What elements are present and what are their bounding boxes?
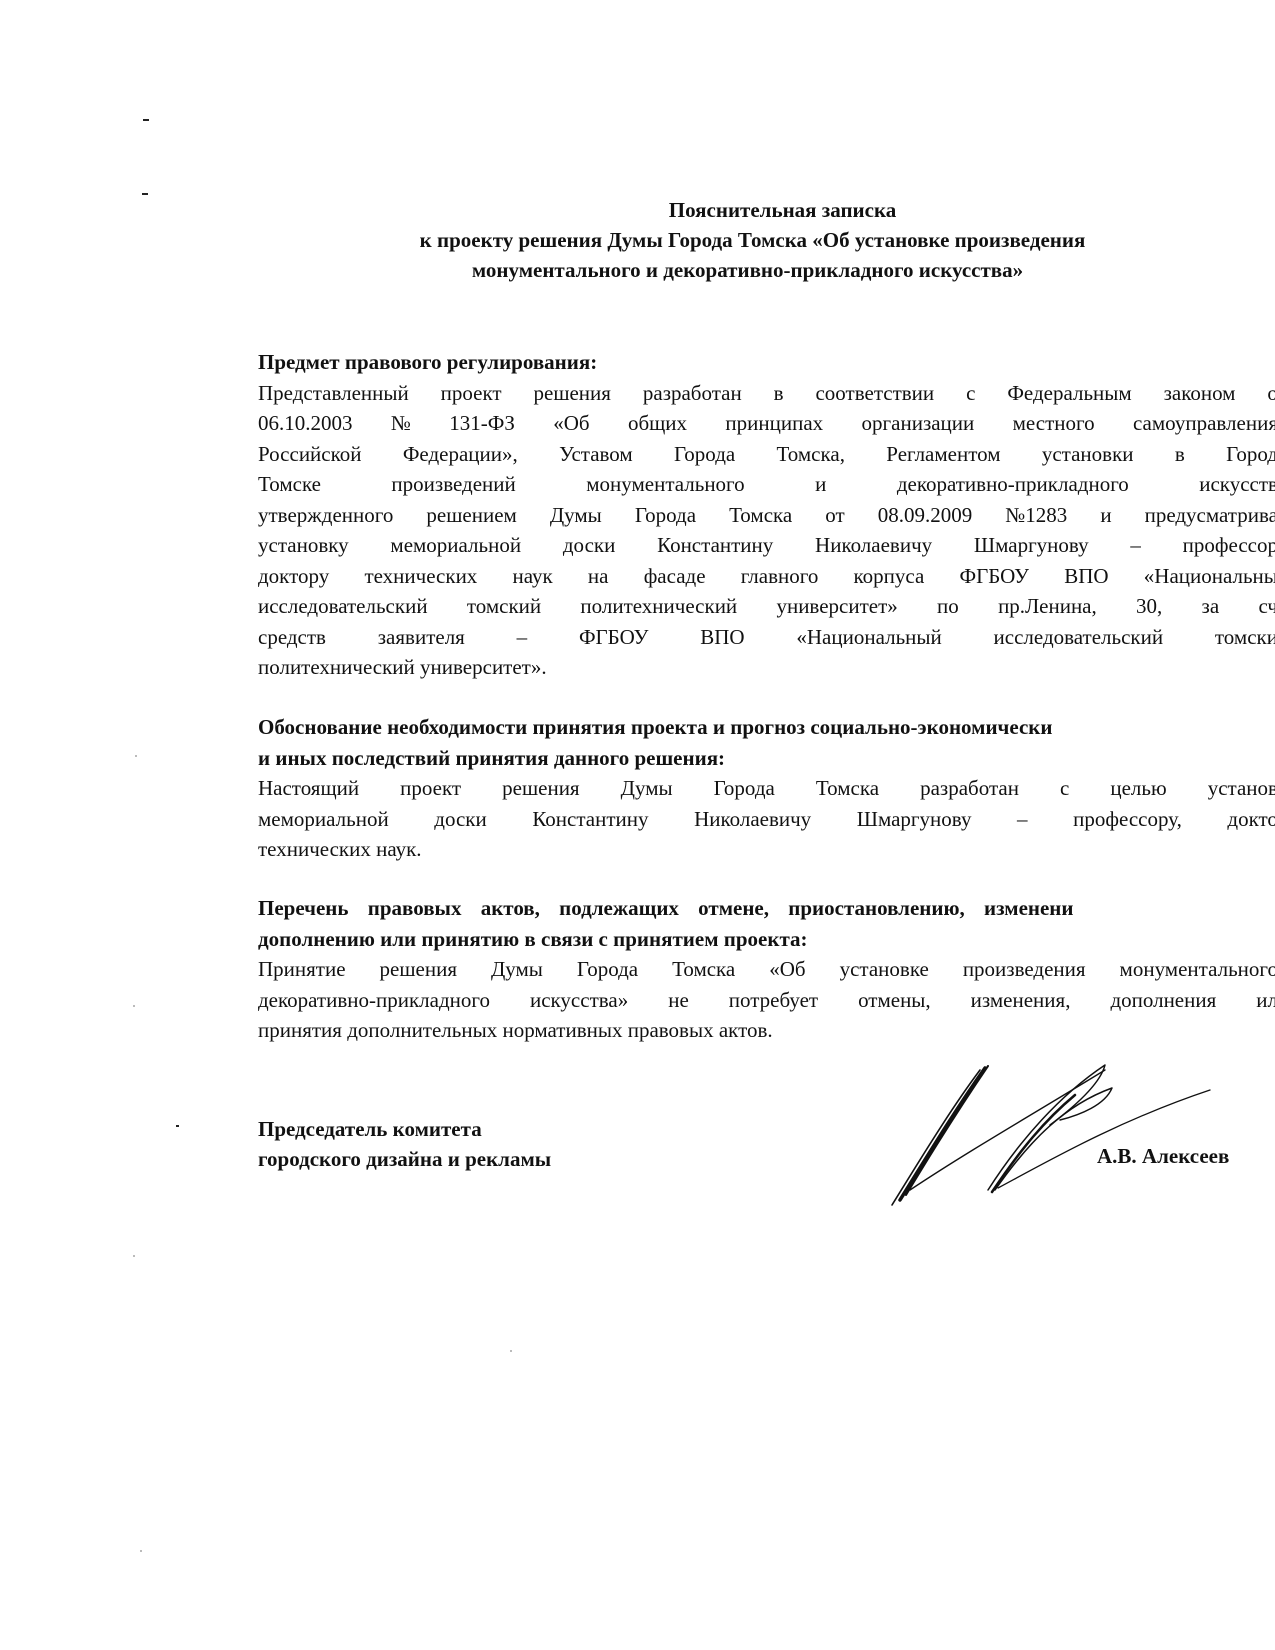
scan-artifact <box>143 119 149 121</box>
title-line-2: к проекту решения Думы Города Томска «Об… <box>205 225 1275 255</box>
body-line: декоративно-прикладногоискусства»непотре… <box>258 985 1275 1016</box>
section-heading: Предмет правового регулирования: <box>258 347 1275 378</box>
section-justification: Обоснование необходимости принятия проек… <box>258 712 1275 865</box>
title-line-3: монументального и декоративно-прикладног… <box>195 255 1275 285</box>
section-heading: дополнению или принятию в связи с принят… <box>258 924 1275 955</box>
body-line: 06.10.2003№131-ФЗ«Обобщихпринципахоргани… <box>258 408 1275 439</box>
body-line: политехнический университет». <box>258 652 1275 683</box>
body-line: установкумемориальнойдоскиКонстантинуНик… <box>258 530 1275 561</box>
section-heading: Обоснование необходимости принятия проек… <box>258 712 1275 743</box>
section-legal-subject: Предмет правового регулирования: Предста… <box>258 347 1275 683</box>
body-line: Томскепроизведениймонументальногоидекора… <box>258 469 1275 500</box>
body-line: Представленныйпроектрешенияразработанвсо… <box>258 378 1275 409</box>
section-heading: и иных последствий принятия данного реше… <box>258 743 1275 774</box>
body-line: НастоящийпроектрешенияДумыГородаТомскара… <box>258 773 1275 804</box>
signatory-position: Председатель комитета городского дизайна… <box>258 1114 551 1174</box>
signer-name: А.В. Алексеев <box>1097 1144 1229 1169</box>
scan-artifact <box>135 755 137 757</box>
scan-artifact <box>510 1350 512 1352</box>
document-title: Пояснительная записка к проекту решения … <box>300 195 1275 285</box>
body-line: утвержденногорешениемДумыГородаТомскаот0… <box>258 500 1275 531</box>
body-line: РоссийскойФедерации»,УставомГородаТомска… <box>258 439 1275 470</box>
position-line-1: Председатель комитета <box>258 1114 551 1144</box>
scan-artifact <box>140 1550 142 1552</box>
position-line-2: городского дизайна и рекламы <box>258 1144 551 1174</box>
body-line: исследовательскийтомскийполитехническийу… <box>258 591 1275 622</box>
scan-artifact <box>133 1005 135 1007</box>
body-line: ПринятиерешенияДумыГородаТомска«Обустано… <box>258 954 1275 985</box>
body-line: технических наук. <box>258 834 1275 865</box>
body-line: принятия дополнительных нормативных прав… <box>258 1015 1275 1046</box>
body-line: докторутехническихнаукнафасадеглавногоко… <box>258 561 1275 592</box>
scanned-document-page: Пояснительная записка к проекту решения … <box>0 0 1275 1650</box>
section-heading: Перечень правовых актов, подлежащих отме… <box>258 893 1275 924</box>
scan-artifact <box>142 193 148 195</box>
title-line-1: Пояснительная записка <box>265 195 1275 225</box>
body-line: мемориальнойдоскиКонстантинуНиколаевичуШ… <box>258 804 1275 835</box>
body-line: средствзаявителя–ФГБОУВПО«Национальныйис… <box>258 622 1275 653</box>
handwritten-signature <box>880 1050 1240 1210</box>
section-legal-acts-list: Перечень правовых актов, подлежащих отме… <box>258 893 1275 1046</box>
scan-artifact <box>176 1125 179 1127</box>
scan-artifact <box>133 1255 135 1257</box>
